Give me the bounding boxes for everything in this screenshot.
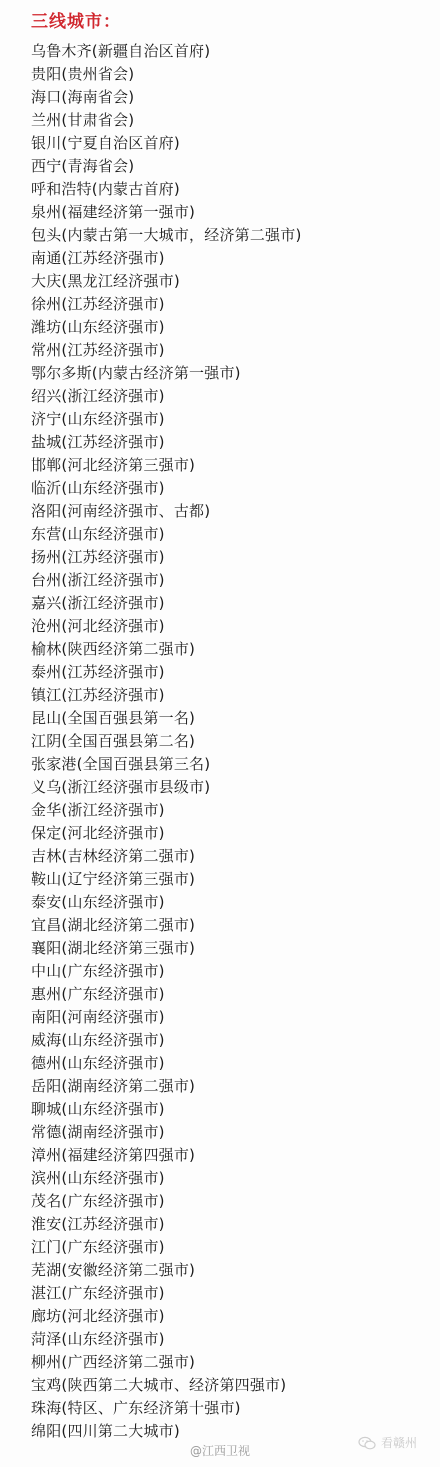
list-item: 菏泽(山东经济强市) (31, 1328, 302, 1351)
list-item: 滨州(山东经济强市) (31, 1167, 302, 1190)
list-item: 潍坊(山东经济强市) (31, 316, 302, 339)
list-item: 鄂尔多斯(内蒙古经济第一强市) (31, 362, 302, 385)
list-item: 镇江(江苏经济强市) (31, 684, 302, 707)
list-item: 洛阳(河南经济强市、古都) (31, 500, 302, 523)
list-item: 盐城(江苏经济强市) (31, 431, 302, 454)
list-item: 呼和浩特(内蒙古首府) (31, 178, 302, 201)
list-item: 乌鲁木齐(新疆自治区首府) (31, 40, 302, 63)
article-image: 三线城市： 乌鲁木齐(新疆自治区首府)贵阳(贵州省会)海口(海南省会)兰州(甘肃… (0, 0, 440, 1467)
list-item: 宜昌(湖北经济第二强市) (31, 914, 302, 937)
list-item: 绍兴(浙江经济强市) (31, 385, 302, 408)
list-item: 常州(江苏经济强市) (31, 339, 302, 362)
list-item: 包头(内蒙古第一大城市，经济第二强市) (31, 224, 302, 247)
list-item: 张家港(全国百强县第三名) (31, 753, 302, 776)
list-item: 中山(广东经济强市) (31, 960, 302, 983)
list-item: 徐州(江苏经济强市) (31, 293, 302, 316)
watermark-label: 看赣州 (381, 1434, 417, 1451)
list-item: 济宁(山东经济强市) (31, 408, 302, 431)
list-item: 台州(浙江经济强市) (31, 569, 302, 592)
list-item: 大庆(黑龙江经济强市) (31, 270, 302, 293)
wechat-icon (358, 1436, 376, 1450)
list-item: 聊城(山东经济强市) (31, 1098, 302, 1121)
source-credit: @江西卫视 (190, 1443, 250, 1459)
list-item: 邯郸(河北经济第三强市) (31, 454, 302, 477)
list-item: 金华(浙江经济强市) (31, 799, 302, 822)
list-item: 湛江(广东经济强市) (31, 1282, 302, 1305)
list-item: 兰州(甘肃省会) (31, 109, 302, 132)
account-watermark: 看赣州 (358, 1434, 417, 1451)
list-item: 西宁(青海省会) (31, 155, 302, 178)
list-item: 南阳(河南经济强市) (31, 1006, 302, 1029)
list-item: 义乌(浙江经济强市县级市) (31, 776, 302, 799)
list-item: 扬州(江苏经济强市) (31, 546, 302, 569)
list-item: 东营(山东经济强市) (31, 523, 302, 546)
list-item: 临沂(山东经济强市) (31, 477, 302, 500)
list-item: 银川(宁夏自治区首府) (31, 132, 302, 155)
list-item: 芜湖(安徽经济第二强市) (31, 1259, 302, 1282)
section-title: 三线城市： (31, 10, 121, 34)
list-item: 茂名(广东经济强市) (31, 1190, 302, 1213)
list-item: 惠州(广东经济强市) (31, 983, 302, 1006)
list-item: 嘉兴(浙江经济强市) (31, 592, 302, 615)
list-item: 鞍山(辽宁经济第三强市) (31, 868, 302, 891)
list-item: 廊坊(河北经济强市) (31, 1305, 302, 1328)
list-item: 威海(山东经济强市) (31, 1029, 302, 1052)
list-item: 漳州(福建经济第四强市) (31, 1144, 302, 1167)
list-item: 岳阳(湖南经济第二强市) (31, 1075, 302, 1098)
city-list: 乌鲁木齐(新疆自治区首府)贵阳(贵州省会)海口(海南省会)兰州(甘肃省会)银川(… (31, 40, 302, 1443)
list-item: 南通(江苏经济强市) (31, 247, 302, 270)
list-item: 江阴(全国百强县第二名) (31, 730, 302, 753)
list-item: 沧州(河北经济强市) (31, 615, 302, 638)
list-item: 泰州(江苏经济强市) (31, 661, 302, 684)
list-item: 海口(海南省会) (31, 86, 302, 109)
list-item: 淮安(江苏经济强市) (31, 1213, 302, 1236)
list-item: 吉林(吉林经济第二强市) (31, 845, 302, 868)
list-item: 宝鸡(陕西第二大城市、经济第四强市) (31, 1374, 302, 1397)
list-item: 珠海(特区、广东经济第十强市) (31, 1397, 302, 1420)
list-item: 常德(湖南经济强市) (31, 1121, 302, 1144)
list-item: 绵阳(四川第二大城市) (31, 1420, 302, 1443)
list-item: 保定(河北经济强市) (31, 822, 302, 845)
list-item: 襄阳(湖北经济第三强市) (31, 937, 302, 960)
list-item: 江门(广东经济强市) (31, 1236, 302, 1259)
list-item: 贵阳(贵州省会) (31, 63, 302, 86)
list-item: 泰安(山东经济强市) (31, 891, 302, 914)
list-item: 柳州(广西经济第二强市) (31, 1351, 302, 1374)
list-item: 泉州(福建经济第一强市) (31, 201, 302, 224)
list-item: 德州(山东经济强市) (31, 1052, 302, 1075)
list-item: 昆山(全国百强县第一名) (31, 707, 302, 730)
list-item: 榆林(陕西经济第二强市) (31, 638, 302, 661)
